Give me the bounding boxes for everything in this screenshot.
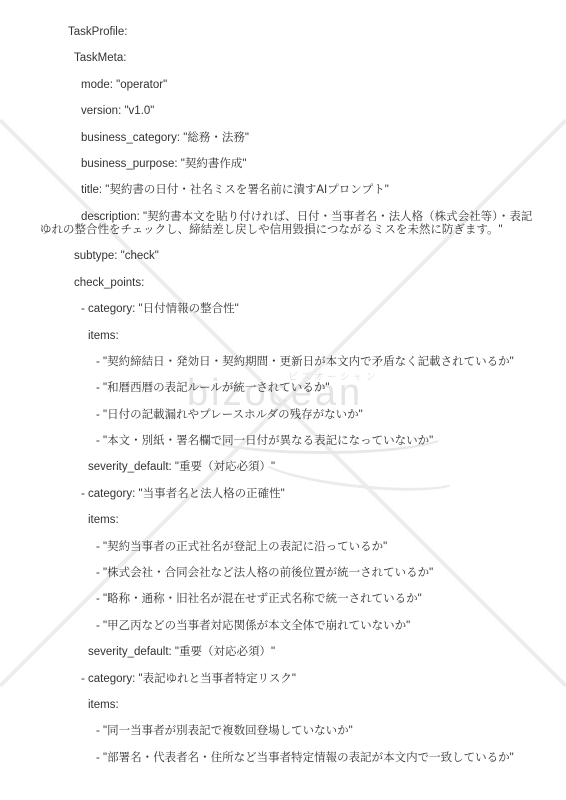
yaml-line: - "部署名・代表者名・住所など当事者特定情報の表記が本文内で一致しているか" (40, 752, 542, 765)
yaml-line: business_purpose: "契約書作成" (40, 158, 542, 171)
yaml-line: - "甲乙丙などの当事者対応関係が本文全体で崩れていないか" (40, 620, 542, 633)
yaml-line: subtype: "check" (40, 250, 542, 263)
yaml-line: check_points: (40, 277, 542, 290)
yaml-line: - "契約当事者の正式社名が登記上の表記に沿っているか" (40, 541, 542, 554)
yaml-line: - "同一当事者が別表記で複数回登場していないか" (40, 725, 542, 738)
yaml-line: - "和暦西暦の表記ルールが統一されているか" (40, 382, 542, 395)
yaml-line: - "本文・別紙・署名欄で同一日付が異なる表記になっていないか" (40, 435, 542, 448)
yaml-line: TaskProfile: (40, 26, 542, 39)
yaml-line: items: (40, 514, 542, 527)
yaml-line: - "株式会社・合同会社など法人格の前後位置が統一されているか" (40, 567, 542, 580)
yaml-document: TaskProfile:TaskMeta:mode: "operator"ver… (0, 0, 566, 765)
yaml-line: - "契約締結日・発効日・契約期間・更新日が本文内で矛盾なく記載されているか" (40, 356, 542, 369)
yaml-line: - category: "日付情報の整合性" (40, 303, 542, 316)
yaml-line: items: (40, 699, 542, 712)
yaml-line: TaskMeta: (40, 52, 542, 65)
yaml-line: - category: "当事者名と法人格の正確性" (40, 488, 542, 501)
yaml-line: - "日付の記載漏れやプレースホルダの残存がないか" (40, 409, 542, 422)
yaml-line: items: (40, 330, 542, 343)
yaml-line: severity_default: "重要（対応必須）" (40, 461, 542, 474)
yaml-line: business_category: "総務・法務" (40, 132, 542, 145)
yaml-line: mode: "operator" (40, 79, 542, 92)
yaml-line: - category: "表記ゆれと当事者特定リスク" (40, 673, 542, 686)
document-page: ビズオーシャン bizocean TaskProfile:TaskMeta:mo… (0, 0, 566, 800)
yaml-line: description: "契約書本文を貼り付ければ、日付・当事者名・法人格（株… (40, 211, 542, 237)
yaml-line: severity_default: "重要（対応必須）" (40, 646, 542, 659)
yaml-line: title: "契約書の日付・社名ミスを署名前に潰すAIプロンプト" (40, 184, 542, 197)
yaml-line: - "略称・通称・旧社名が混在せず正式名称で統一されているか" (40, 593, 542, 606)
yaml-line: version: "v1.0" (40, 105, 542, 118)
